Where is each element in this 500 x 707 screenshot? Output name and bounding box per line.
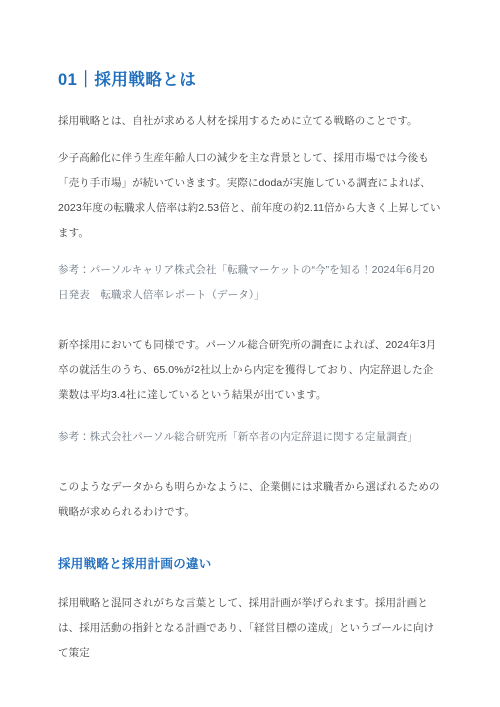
paragraph-intro: 採用戦略とは、自社が求める人材を採用するために立てる戦略のことです。 [58, 109, 443, 134]
paragraph-difference-intro: 採用戦略と混同されがちな言葉として、採用計画が挙げられます。採用計画とは、採用活… [58, 591, 443, 666]
sub-heading-difference: 採用戦略と採用計画の違い [58, 554, 443, 574]
reference-link-persol-survey[interactable]: 参考：株式会社パーソル総合研究所「新卒者の内定辞退に関する定量調査」 [58, 431, 418, 443]
article-page: 01｜採用戦略とは 採用戦略とは、自社が求める人材を採用するために立てる戦略のこ… [0, 0, 500, 707]
paragraph-conclusion: このようなデータからも明らかなように、企業側には求職者から選ばれるための戦略が求… [58, 475, 443, 525]
section-heading: 01｜採用戦略とは [58, 68, 443, 92]
reference-block-2: 参考：株式会社パーソル総合研究所「新卒者の内定辞退に関する定量調査」 [58, 425, 443, 450]
reference-link-doda-report[interactable]: 参考：パーソルキャリア株式会社「転職マーケットの“今”を知る！2024年6月20… [58, 264, 434, 301]
reference-block-1: 参考：パーソルキャリア株式会社「転職マーケットの“今”を知る！2024年6月20… [58, 258, 443, 308]
article-content: 01｜採用戦略とは 採用戦略とは、自社が求める人材を採用するために立てる戦略のこ… [0, 0, 500, 666]
paragraph-market-trend: 少子高齢化に伴う生産年齢人口の減少を主な背景として、採用市場では今後も「売り手市… [58, 146, 443, 246]
paragraph-new-graduate: 新卒採用においても同様です。パーソル総合研究所の調査によれば、2024年3月卒の… [58, 333, 443, 408]
